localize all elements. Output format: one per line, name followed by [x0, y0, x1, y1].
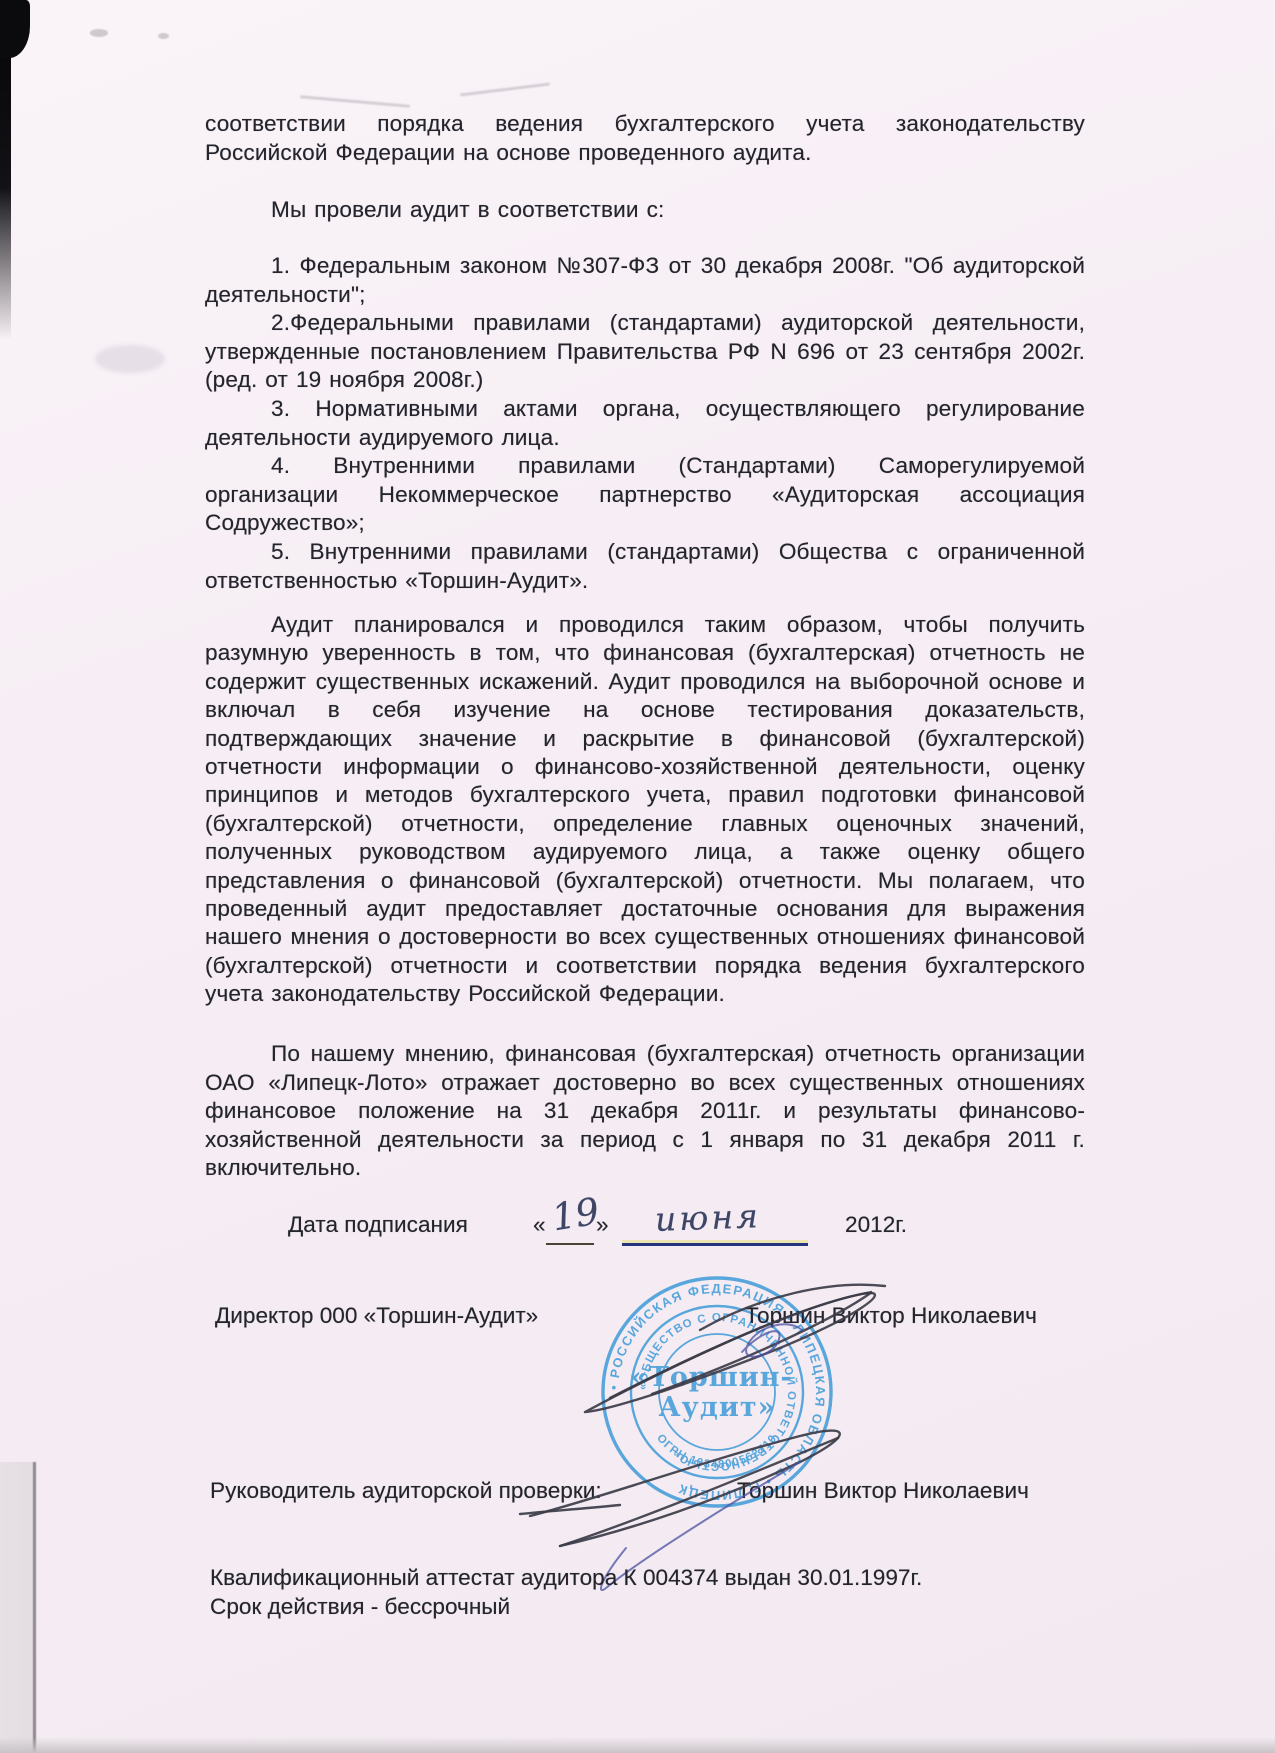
- scan-left-underlay: [0, 1462, 34, 1753]
- audit-basis-list: 1. Федеральным законом №307-ФЗ от 30 дек…: [205, 252, 1085, 595]
- signing-date-label: Дата подписания: [288, 1212, 468, 1238]
- scan-edge-strip: [0, 0, 11, 340]
- scan-crease: [460, 83, 550, 97]
- attestation-line-2: Срок действия - бессрочный: [210, 1593, 510, 1622]
- signing-date-month-handwritten: июня: [654, 1196, 761, 1239]
- scan-smudge: [95, 345, 165, 373]
- paragraph-audit-opinion: По нашему мнению, финансовая (бухгалтерс…: [205, 1040, 1085, 1183]
- audit-basis-item-4: 4. Внутренними правилами (Стандартами) С…: [205, 452, 1085, 538]
- paragraph-audit-basis-lead: Мы провели аудит в соответствии с:: [205, 196, 1085, 225]
- month-underline: [622, 1243, 808, 1246]
- scan-paper-edge-line: [33, 1462, 36, 1753]
- signing-date-open-quote: «: [533, 1212, 546, 1238]
- audit-basis-item-1: 1. Федеральным законом №307-ФЗ от 30 дек…: [205, 252, 1085, 309]
- audit-basis-item-5: 5. Внутренними правилами (стандартами) О…: [205, 538, 1085, 595]
- scan-speck: [158, 33, 169, 39]
- paragraph-intro-continuation: соответствии порядка ведения бухгалтерск…: [205, 110, 1085, 167]
- scan-speck: [90, 29, 108, 37]
- attestation-line-1: Квалификационный аттестат аудитора К 004…: [210, 1564, 922, 1593]
- paragraph-audit-scope: Аудит планировался и проводился таким об…: [205, 611, 1085, 1009]
- audit-basis-item-2: 2.Федеральными правилами (стандартами) а…: [205, 309, 1085, 395]
- scan-crease: [300, 95, 410, 108]
- day-underline: [546, 1243, 594, 1245]
- scan-bottom-shadow: [0, 1737, 1275, 1753]
- signing-date-year: 2012г.: [845, 1212, 907, 1238]
- signing-date-day-handwritten: 19: [549, 1190, 602, 1240]
- scanned-audit-report-page: соответствии порядка ведения бухгалтерск…: [0, 0, 1275, 1753]
- director-label: Директор 000 «Торшин-Аудит»: [215, 1302, 538, 1331]
- audit-basis-item-3: 3. Нормативными актами органа, осуществл…: [205, 395, 1085, 452]
- scan-corner-mark: [0, 0, 30, 58]
- signing-date-close-quote: »: [596, 1212, 609, 1238]
